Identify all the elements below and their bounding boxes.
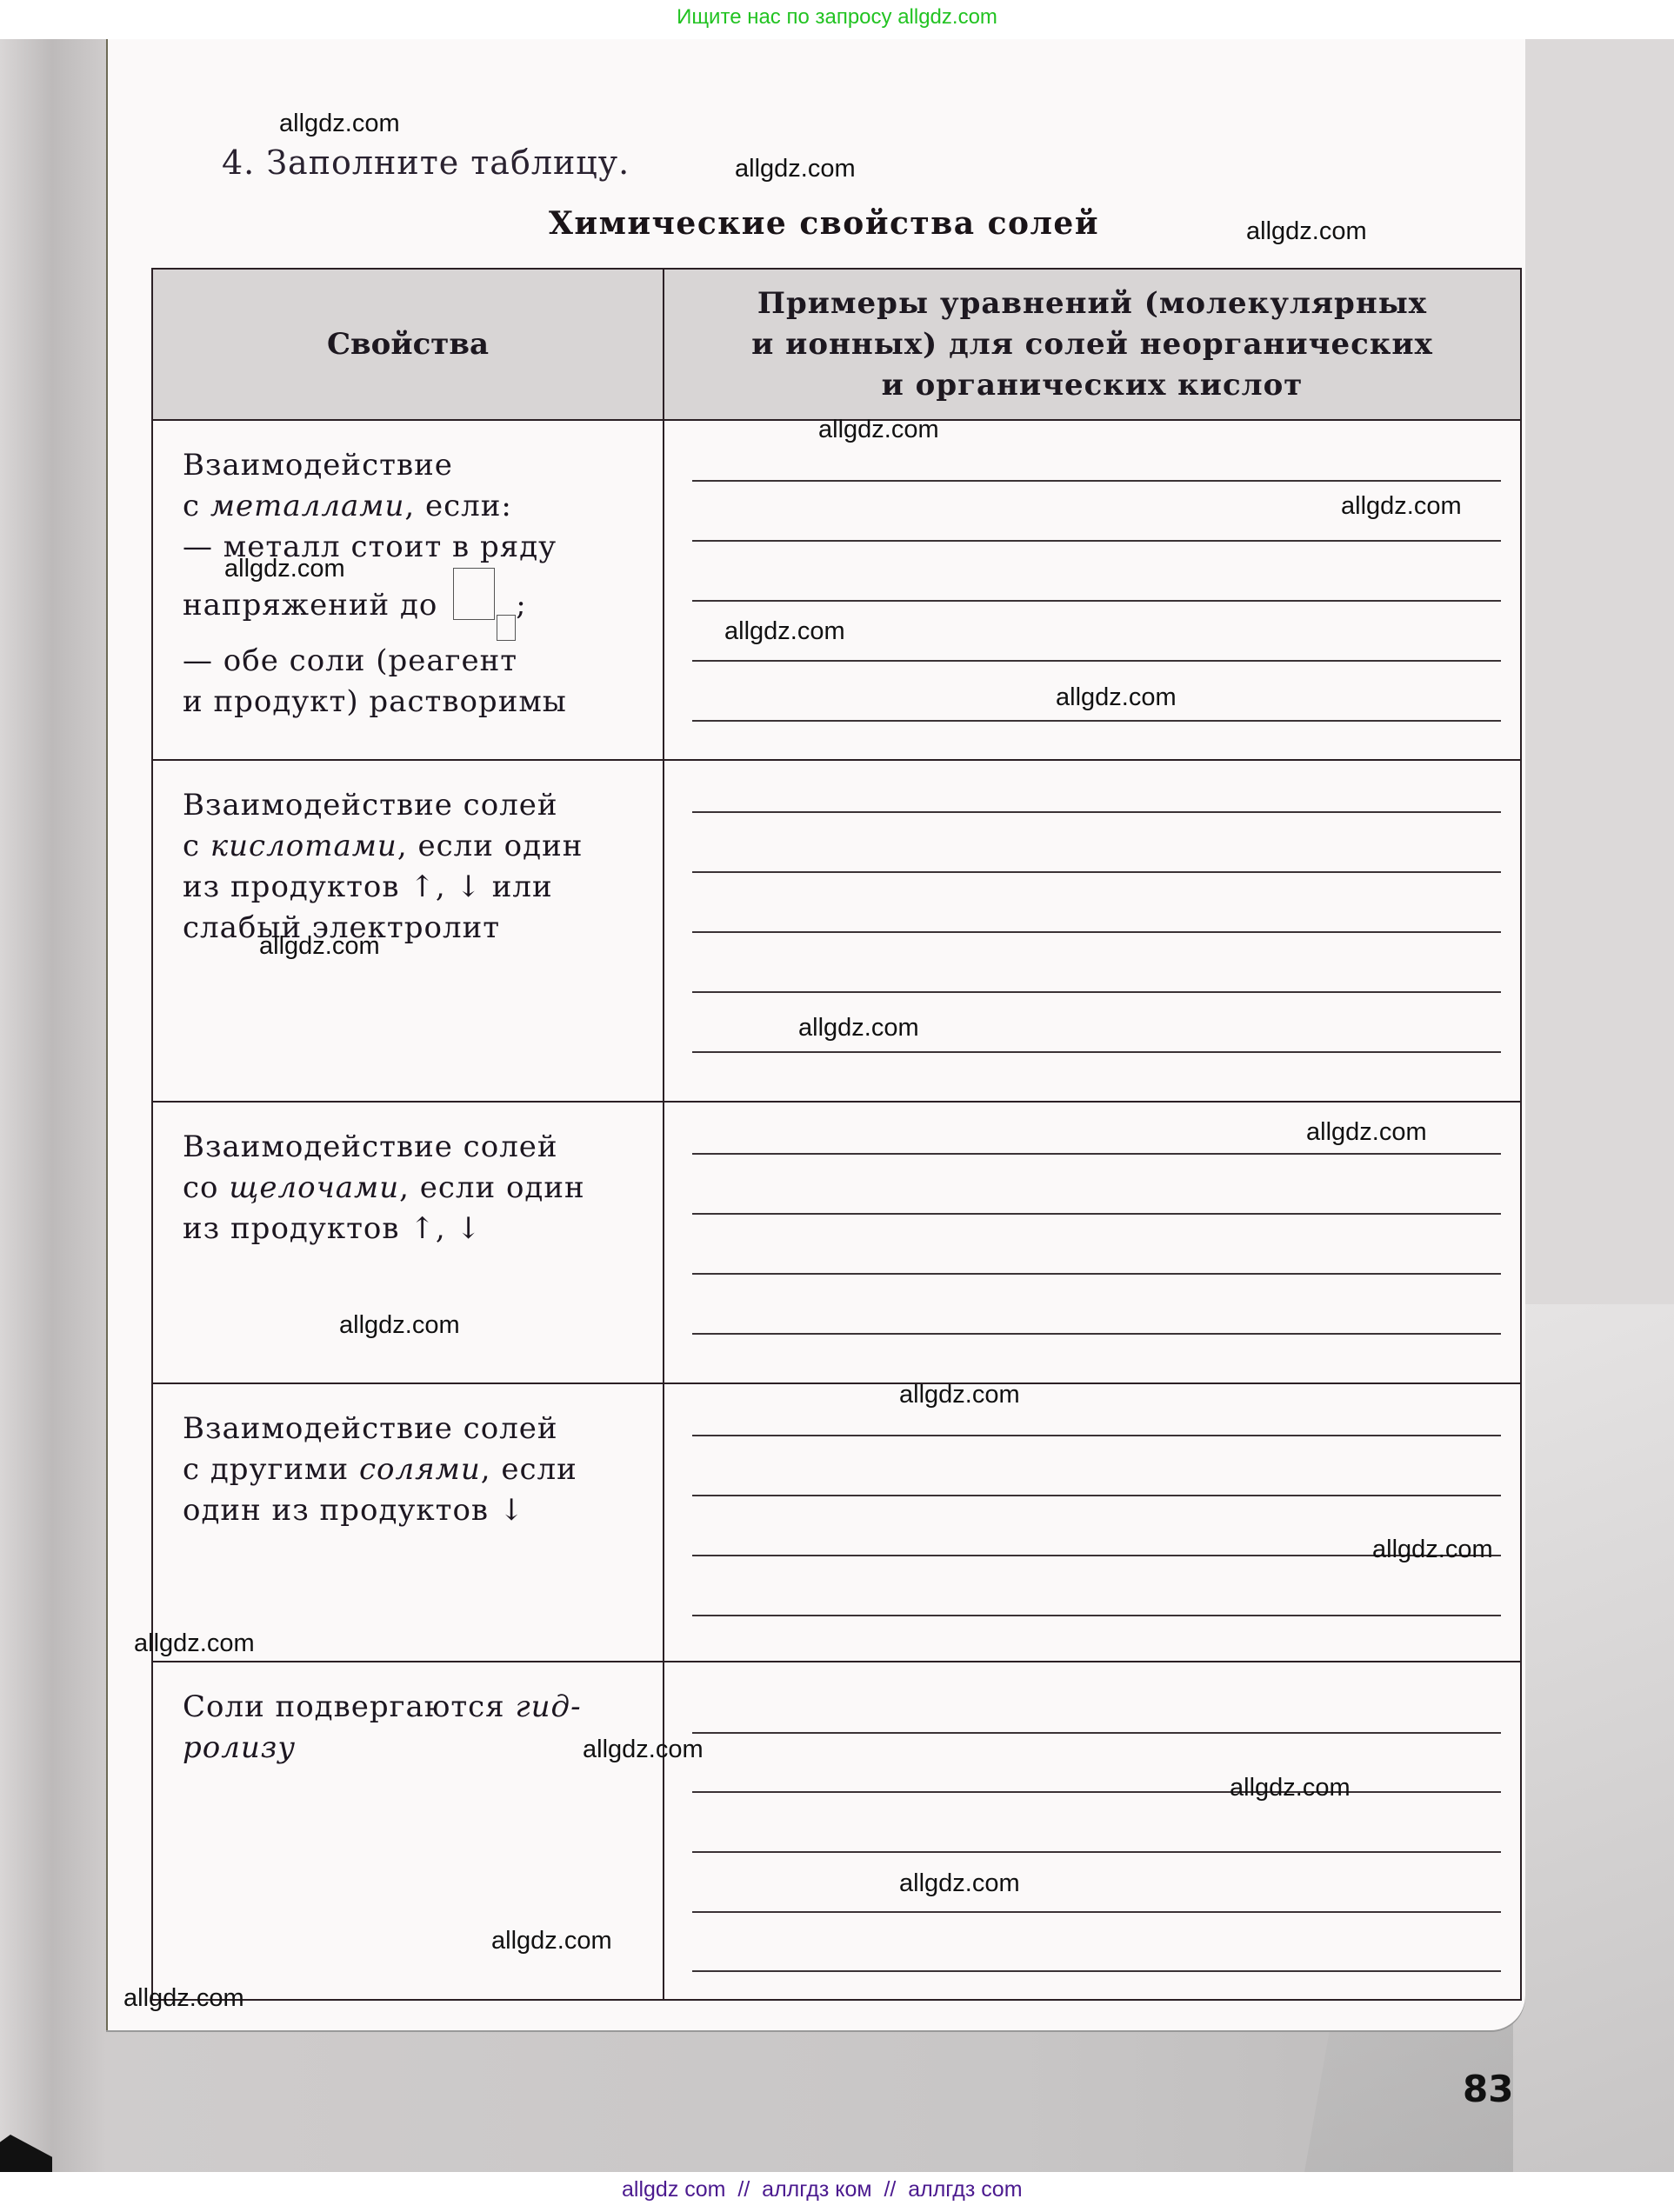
- text-run: с: [183, 489, 210, 523]
- text-run: Взаимодействие: [183, 448, 453, 483]
- watermark: allgdz.com: [899, 1869, 1020, 1898]
- text-run: Взаимодействие солей: [183, 788, 558, 823]
- watermark: allgdz.com: [1341, 492, 1462, 521]
- answer-line[interactable]: [692, 1911, 1501, 1913]
- answer-line[interactable]: [692, 931, 1501, 933]
- table-header-row: Свойства Примеры уравнений (молекулярных…: [153, 270, 1520, 421]
- text-run: Взаимодействие солей: [183, 1129, 558, 1164]
- answer-line[interactable]: [692, 1273, 1501, 1275]
- text-run: один из продуктов ↓: [183, 1493, 524, 1528]
- text-run: с другими: [183, 1452, 359, 1487]
- answer-line[interactable]: [692, 1732, 1501, 1734]
- text-run: , если: [481, 1452, 577, 1487]
- answer-line[interactable]: [692, 720, 1501, 722]
- answer-line[interactable]: [692, 811, 1501, 813]
- table-row: Взаимодействиес металлами, если:— металл…: [153, 421, 1520, 761]
- text-run: Соли подвергаются: [183, 1689, 515, 1724]
- property-text: Соли подвергаются гид-ролизу: [183, 1687, 635, 1769]
- text-run: и продукт) растворимы: [183, 684, 567, 719]
- answer-line[interactable]: [692, 1851, 1501, 1853]
- watermark: allgdz.com: [259, 932, 380, 961]
- watermark: allgdz.com: [1056, 683, 1177, 712]
- task-number: 4.: [222, 143, 255, 182]
- subscript-blank[interactable]: [497, 615, 516, 641]
- answer-line[interactable]: [692, 1615, 1501, 1616]
- watermark: allgdz.com: [224, 555, 345, 583]
- answer-line[interactable]: [692, 600, 1501, 602]
- answer-line[interactable]: [692, 871, 1501, 873]
- bottom-footer: allgdz com // аллгдз ком // аллгдз com: [0, 2172, 1674, 2212]
- text-run: из продуктов ↑, ↓ или: [183, 869, 553, 904]
- text-run: , если один: [397, 829, 584, 863]
- text-run: — обе соли (реагент: [183, 643, 517, 678]
- watermark: allgdz.com: [1246, 217, 1367, 246]
- watermark: allgdz.com: [583, 1736, 704, 1764]
- answer-line[interactable]: [692, 660, 1501, 662]
- watermark: allgdz.com: [798, 1014, 919, 1043]
- answer-line[interactable]: [692, 991, 1501, 993]
- table-row: Взаимодействие солейс другими солями, ес…: [153, 1384, 1520, 1662]
- footer-text: allgdz com // аллгдз ком // аллгдз com: [622, 2177, 1023, 2202]
- answer-line[interactable]: [692, 1153, 1501, 1155]
- top-banner: Ищите нас по запросу allgdz.com: [0, 0, 1674, 39]
- watermark: allgdz.com: [735, 155, 856, 183]
- property-text: Взаимодействие солейс кислотами, если од…: [183, 785, 635, 949]
- banner-text: Ищите нас по запросу allgdz.com: [0, 5, 1674, 30]
- property-text: Взаимодействие солейс другими солями, ес…: [183, 1409, 635, 1531]
- task-text: Заполните таблицу.: [266, 143, 630, 182]
- answer-line[interactable]: [692, 1970, 1501, 1972]
- italic-term: солями: [359, 1452, 481, 1487]
- italic-term: кислотами: [210, 829, 397, 863]
- answer-line[interactable]: [692, 1051, 1501, 1053]
- watermark: allgdz.com: [1306, 1118, 1427, 1147]
- watermark: allgdz.com: [123, 1984, 244, 2013]
- italic-term: ролизу: [183, 1730, 296, 1765]
- text-run: , если:: [404, 489, 512, 523]
- answer-line[interactable]: [692, 1495, 1501, 1496]
- text-run: Взаимодействие солей: [183, 1411, 558, 1446]
- answer-line[interactable]: [692, 540, 1501, 542]
- answer-line[interactable]: [692, 1791, 1501, 1793]
- watermark: allgdz.com: [818, 416, 939, 444]
- property-text: Взаимодействие солейсо щелочами, если од…: [183, 1127, 635, 1249]
- text-run: ;: [516, 588, 526, 623]
- element-symbol-blank[interactable]: [453, 568, 495, 620]
- italic-term: металлами: [210, 489, 404, 523]
- table-row: Соли подвергаются гид-ролизу: [153, 1662, 1520, 2002]
- text-run: из продуктов ↑, ↓: [183, 1211, 482, 1246]
- watermark: allgdz.com: [134, 1629, 255, 1658]
- answer-line[interactable]: [692, 1213, 1501, 1215]
- header-examples: Примеры уравнений (молекулярных и ионных…: [664, 270, 1520, 419]
- italic-term: щелочами: [229, 1170, 399, 1205]
- watermark: allgdz.com: [1372, 1536, 1493, 1564]
- table-title: Химические свойства солей: [0, 205, 1674, 242]
- task-heading: 4. Заполните таблицу.: [222, 143, 630, 182]
- answer-line[interactable]: [692, 480, 1501, 482]
- watermark: allgdz.com: [899, 1381, 1020, 1409]
- watermark: allgdz.com: [724, 617, 845, 646]
- header-properties: Свойства: [153, 270, 663, 419]
- italic-term: гид-: [515, 1689, 581, 1724]
- answer-line[interactable]: [692, 1333, 1501, 1335]
- text-run: , если один: [399, 1170, 585, 1205]
- text-run: напряжений до: [183, 588, 448, 623]
- watermark: allgdz.com: [339, 1311, 460, 1340]
- property-text: Взаимодействиес металлами, если:— металл…: [183, 445, 635, 723]
- text-run: с: [183, 829, 210, 863]
- watermark: allgdz.com: [491, 1927, 612, 1955]
- page-number: 83: [1463, 2068, 1513, 2110]
- watermark: allgdz.com: [279, 110, 400, 138]
- answer-line[interactable]: [692, 1435, 1501, 1436]
- text-run: со: [183, 1170, 229, 1205]
- watermark: allgdz.com: [1230, 1774, 1351, 1802]
- table-title-text: Химические свойства солей: [549, 205, 1099, 242]
